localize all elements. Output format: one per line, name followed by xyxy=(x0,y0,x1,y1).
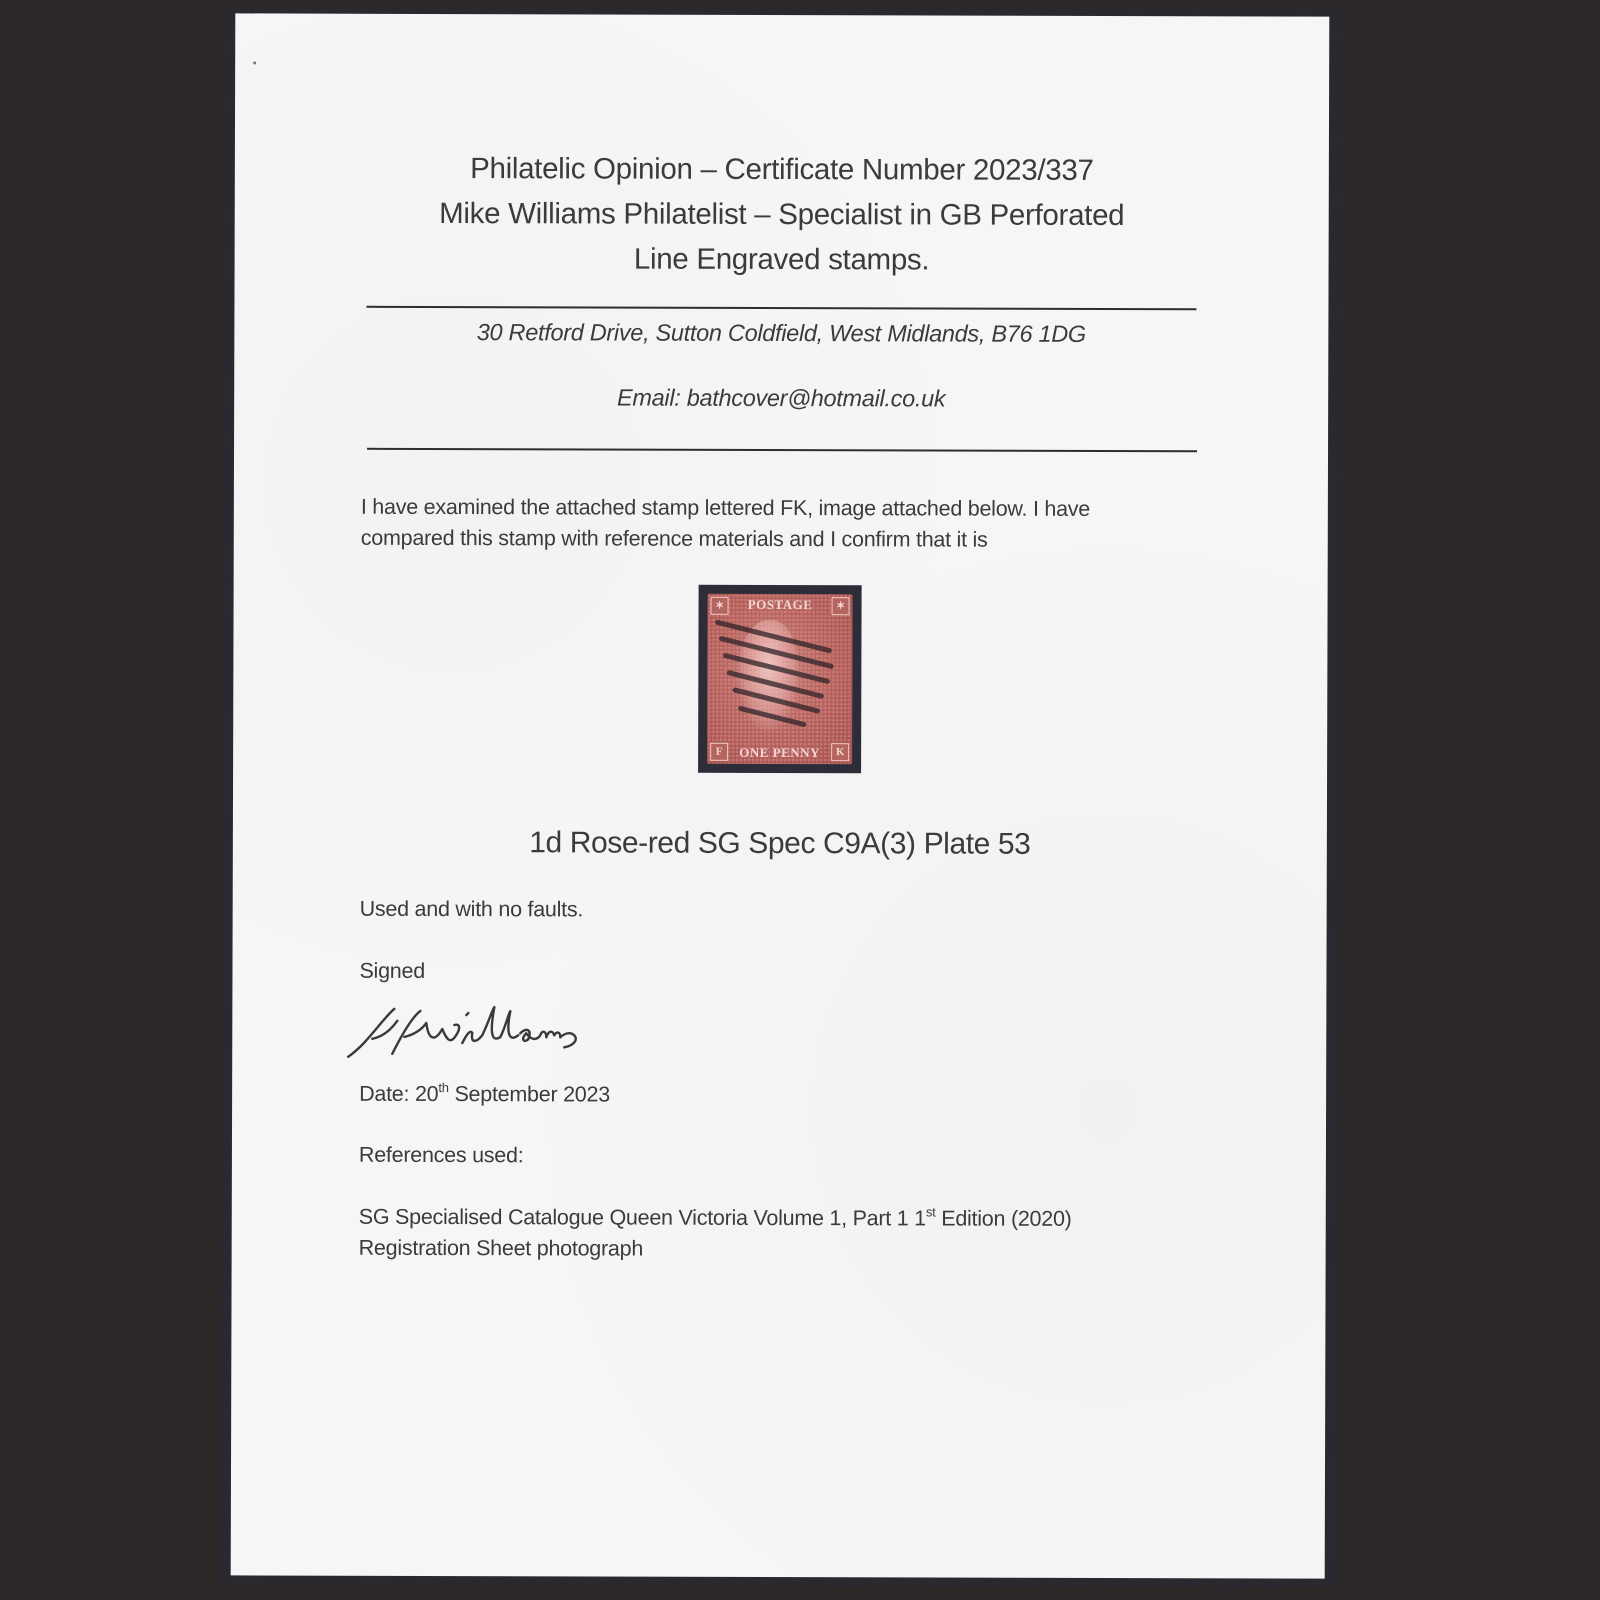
title-line: Mike Williams Philatelist – Specialist i… xyxy=(235,190,1329,238)
paper-speck xyxy=(253,61,256,64)
signature xyxy=(342,999,612,1070)
examination-statement: I have examined the attached stamp lette… xyxy=(361,492,1241,557)
certificate-page: Philatelic Opinion – Certificate Number … xyxy=(231,13,1330,1578)
email-address: Email: bathcover@hotmail.co.uk xyxy=(234,383,1328,413)
stamp-top-label: POSTAGE xyxy=(728,597,833,613)
references-list: SG Specialised Catalogue Queen Victoria … xyxy=(359,1202,1239,1267)
stamp-corner-star-icon: ✶ xyxy=(832,597,850,615)
reference-ordinal: st xyxy=(926,1204,936,1219)
certificate-date: Date: 20th September 2023 xyxy=(359,1079,1239,1113)
divider-top xyxy=(366,306,1196,310)
penny-red-stamp: ✶ ✶ POSTAGE F K ONE PENNY xyxy=(707,594,853,764)
references-label: References used: xyxy=(359,1140,1239,1174)
statement-line: compared this stamp with reference mater… xyxy=(361,523,1241,557)
reference-item: SG Specialised Catalogue Queen Victoria … xyxy=(359,1202,1239,1236)
stamp-corner-letter-left: F xyxy=(710,743,728,761)
reference-text: Registration Sheet photograph xyxy=(359,1236,643,1261)
date-ordinal: th xyxy=(438,1080,448,1095)
stamp-bottom-label: ONE PENNY xyxy=(727,745,832,761)
address: 30 Retford Drive, Sutton Coldfield, West… xyxy=(234,318,1328,348)
stamp-corner-star-icon: ✶ xyxy=(711,597,729,615)
title-line: Philatelic Opinion – Certificate Number … xyxy=(235,145,1329,193)
certificate-title: Philatelic Opinion – Certificate Number … xyxy=(235,145,1329,283)
reference-text: Edition (2020) xyxy=(935,1206,1071,1230)
statement-line: I have examined the attached stamp lette… xyxy=(361,492,1241,526)
stamp-identification: 1d Rose-red SG Spec C9A(3) Plate 53 xyxy=(233,825,1327,862)
date-suffix: September 2023 xyxy=(449,1082,610,1106)
date-prefix: Date: 20 xyxy=(359,1082,438,1106)
reference-item: Registration Sheet photograph xyxy=(359,1233,1239,1267)
signed-label: Signed xyxy=(359,956,1239,990)
stamp-corner-letter-right: K xyxy=(831,743,849,761)
title-line: Line Engraved stamps. xyxy=(235,235,1329,283)
condition-statement: Used and with no faults. xyxy=(360,894,1240,928)
divider-bottom xyxy=(367,448,1197,452)
reference-text: SG Specialised Catalogue Queen Victoria … xyxy=(359,1205,926,1231)
stamp-image: ✶ ✶ POSTAGE F K ONE PENNY xyxy=(698,585,862,773)
